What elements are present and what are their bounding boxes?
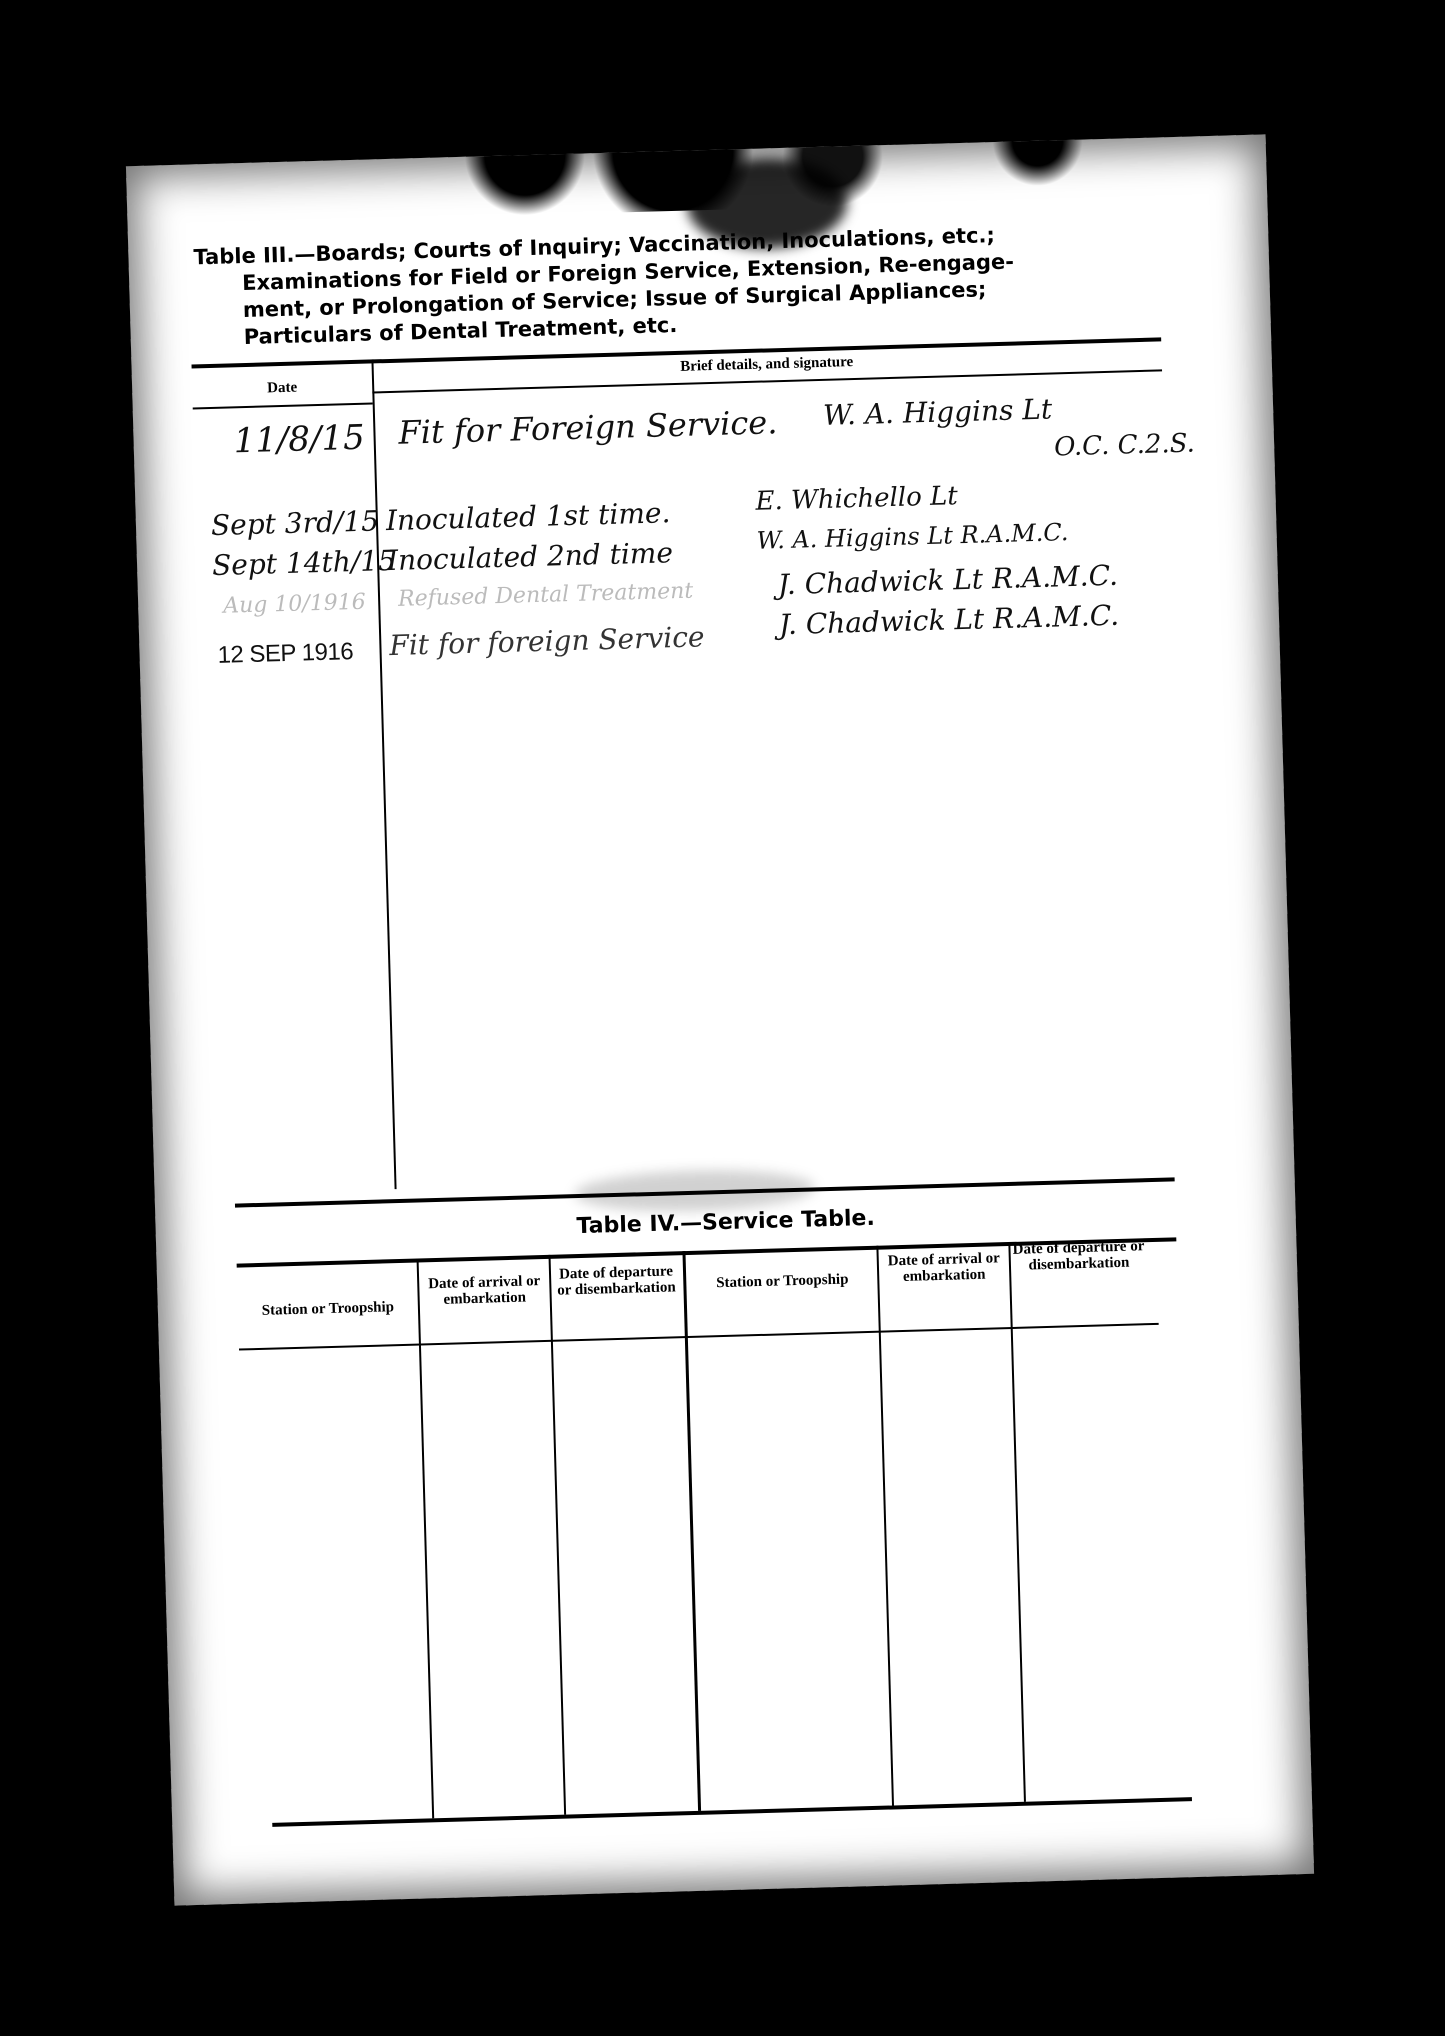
table4-col-arrival-1: Date of arrival or embarkation	[419, 1273, 550, 1309]
table4-col-arrival-2: Date of arrival or embarkation	[879, 1250, 1010, 1286]
entry-date-stamp: 12 SEP 1916	[217, 638, 353, 670]
entry-detail: Fit for foreign Service	[389, 620, 705, 662]
table4-col-departure-2: Date of departure or disembarkation	[1010, 1238, 1147, 1274]
entry-detail: Fit for Foreign Service.	[398, 403, 778, 452]
table4-col-station-2: Station or Troopship	[687, 1271, 877, 1292]
entry-signature-unit: O.C. C.2.S.	[1054, 429, 1196, 463]
entry-signature: W. A. Higgins Lt R.A.M.C.	[756, 518, 1069, 555]
entry-detail: Refused Dental Treatment	[398, 579, 694, 612]
entry-signature: J. Chadwick Lt R.A.M.C.	[779, 599, 1120, 641]
entry-signature: W. A. Higgins Lt	[823, 392, 1053, 431]
entry-signature: J. Chadwick Lt R.A.M.C.	[777, 559, 1118, 601]
table3-date-header-rule	[193, 402, 373, 409]
table3-col-date: Date	[192, 377, 372, 398]
service-record-page: Table III.—Boards; Courts of Inquiry; Va…	[126, 134, 1314, 1905]
entry-date: Sept 3rd/15	[211, 504, 380, 542]
entry-date: 11/8/15	[233, 418, 365, 462]
entry-date: Sept 14th/15	[212, 544, 397, 582]
table3-column-divider	[371, 359, 396, 1189]
table4-bottom-rule	[272, 1797, 1192, 1827]
table4-col-station-1: Station or Troopship	[238, 1299, 418, 1320]
entry-signature: E. Whichello Lt	[755, 481, 958, 517]
entry-detail: Inoculated 1st time.	[385, 496, 670, 537]
table3-heading: Table III.—Boards; Courts of Inquiry; Va…	[193, 218, 1156, 353]
entry-date: Aug 10/1916	[223, 590, 366, 619]
table4-subheader-rule	[239, 1323, 1159, 1350]
table4-col-departure-1: Date of departure or disembarkation	[551, 1263, 682, 1299]
entry-detail: Inoculated 2nd time	[387, 536, 674, 577]
